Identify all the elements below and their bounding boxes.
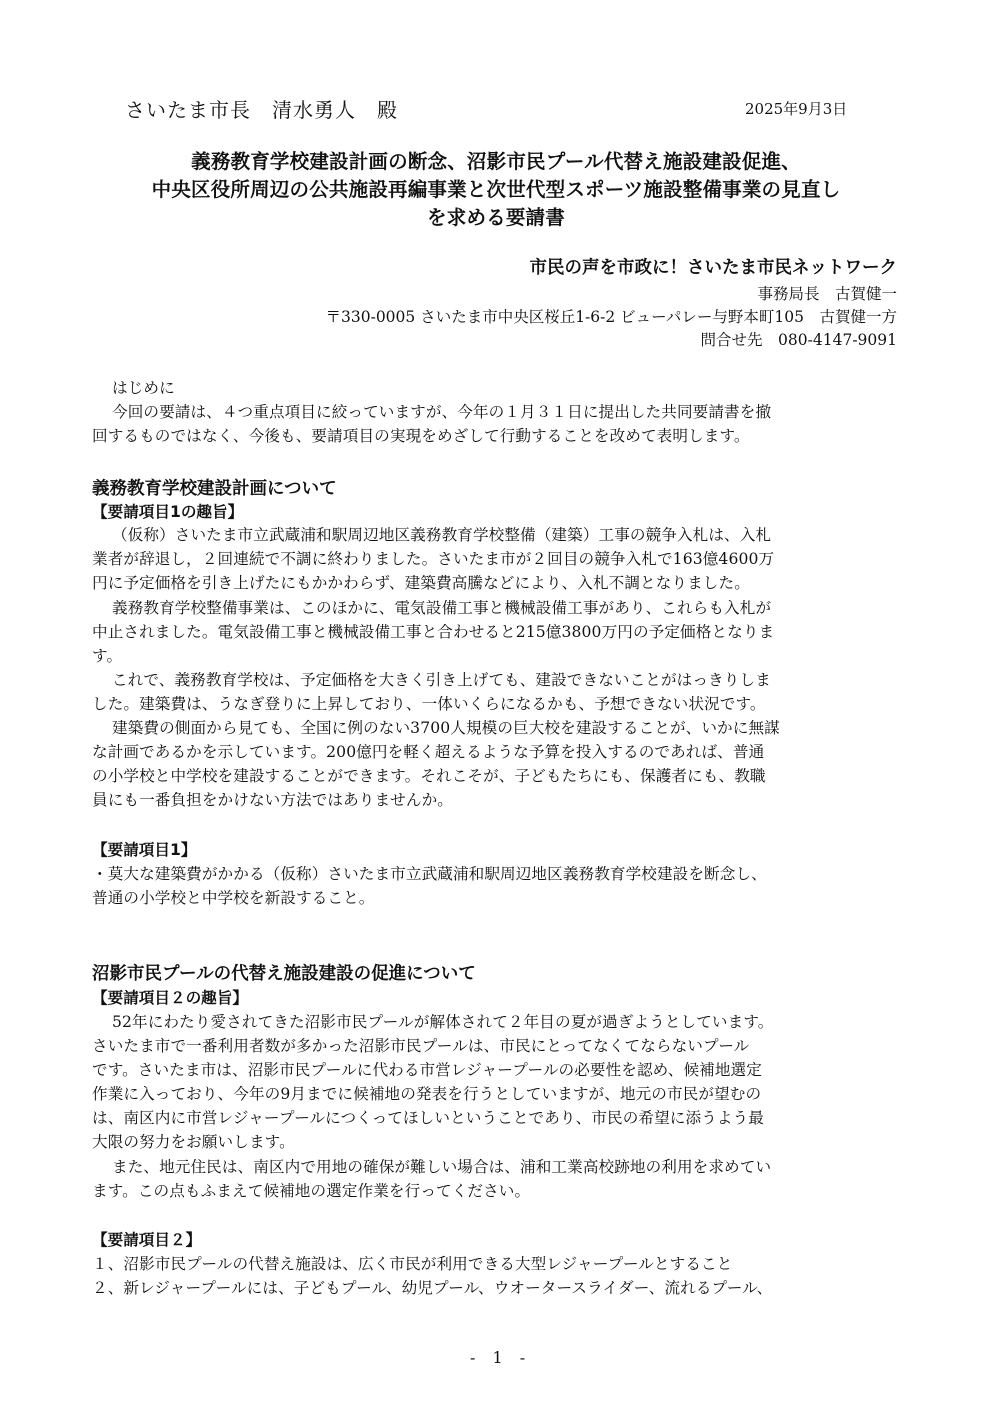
section1-request-line: ・莫大な建築費がかかる（仮称）さいたま市立武蔵浦和駅周辺地区義務教育学校建設を断… bbox=[92, 862, 767, 884]
intro-line: 回するものではなく、今後も、要請項目の実現をめざして行動することを改めて表明しま… bbox=[92, 424, 750, 446]
section1-line: 義務教育学校整備事業は、このほかに、電気設備工事と機械設備工事があり、これらも入… bbox=[112, 596, 771, 618]
section1-line: （仮称）さいたま市立武蔵浦和駅周辺地区義務教育学校整備（建築）工事の競争入札は、… bbox=[112, 523, 771, 545]
section2-request-label: 【要請項目２】 bbox=[92, 1228, 201, 1250]
section2-line: です。さいたま市は、沼影市民プールに代わる市営レジャープールの必要性を認め、候補… bbox=[92, 1058, 762, 1080]
document-title-line-3: を求める要請書 bbox=[80, 202, 912, 230]
section2-request-line: ２、新レジャープールには、子どもプール、幼児プール、ウオータースライダー、流れる… bbox=[92, 1276, 772, 1298]
intro-line: 今回の要請は、４つ重点項目に絞っていますが、今年の１月３１日に提出した共同要請書… bbox=[112, 400, 771, 422]
section2-line: 大限の努力をお願いします。 bbox=[92, 1130, 295, 1152]
document-date: 2025年9月3日 bbox=[745, 98, 847, 119]
section1-line: の小学校と中学校を建設することができます。それこそが、子どもたちにも、保護者にも… bbox=[92, 764, 766, 786]
sender-address: 〒330-0005 さいたま市中央区桜丘1-6-2 ビューパレー与野本町105 … bbox=[326, 305, 898, 327]
section1-line: 中止されました。電気設備工事と機械設備工事と合わせると215億3800万円の予定… bbox=[92, 620, 774, 642]
page-number: - 1 - bbox=[470, 1348, 531, 1367]
section2-line: さいたま市で一番利用者数が多かった沼影市民プールは、市民にとってなくてならないプ… bbox=[92, 1034, 749, 1056]
section2-line: は、南区内に市営レジャープールにつくってほしいということであり、市民の希望に添う… bbox=[92, 1106, 764, 1128]
section1-heading: 義務教育学校建設計画について bbox=[92, 475, 337, 500]
section2-request-line: １、沼影市民プールの代替え施設は、広く市民が利用できる大型レジャープールとするこ… bbox=[92, 1252, 732, 1274]
sender-position-name: 事務局長 古賀健一 bbox=[757, 282, 897, 304]
section1-line: す。 bbox=[92, 644, 122, 666]
section2-heading: 沼影市民プールの代替え施設建設の促進について bbox=[92, 960, 476, 985]
sender-contact: 問合せ先 080-4147-9091 bbox=[701, 328, 897, 350]
section1-line: 円に予定価格を引き上げたにもかかわらず、建築費高騰などにより、入札不調となりまし… bbox=[92, 571, 750, 593]
section2-purpose-label: 【要請項目２の趣旨】 bbox=[92, 986, 248, 1008]
section2-line: 52年にわたり愛されてきた沼影市民プールが解体されて２年目の夏が過ぎようとしてい… bbox=[112, 1010, 773, 1032]
section2-line: ます。この点もふまえて候補地の選定作業を行ってください。 bbox=[92, 1179, 530, 1201]
section1-line: これで、義務教育学校は、予定価格を大きく引き上げても、建設できないことがはっきり… bbox=[112, 668, 771, 690]
section1-line: な計画であるかを示しています。200億円を軽く超えるような予算を投入するのであれ… bbox=[92, 740, 764, 762]
document-title-line-2: 中央区役所周辺の公共施設再編事業と次世代型スポーツ施設整備事業の見直し bbox=[80, 174, 912, 202]
section1-line: 建築費の側面から見ても、全国に例のない3700人規模の巨大校を建設することが、い… bbox=[112, 716, 780, 738]
section2-line: 作業に入っており、今年の9月までに候補地の発表を行うとしていますが、地元の市民が… bbox=[92, 1082, 761, 1104]
section1-request-label: 【要請項目1】 bbox=[92, 838, 196, 860]
document-title-line-1: 義務教育学校建設計画の断念、沼影市民プール代替え施設建設促進、 bbox=[80, 146, 912, 174]
section1-line: 員にも一番負担をかけない方法ではありませんか。 bbox=[92, 788, 453, 810]
section2-line: また、地元住民は、南区内で用地の確保が難しい場合は、浦和工業高校跡地の利用を求め… bbox=[112, 1155, 771, 1177]
section1-line: した。建築費は、うなぎ登りに上昇しており、一体いくらになるかも、予想できない状況… bbox=[92, 692, 766, 714]
sender-organization: 市民の声を市政に！さいたま市民ネットワーク bbox=[530, 254, 898, 279]
section1-line: 業者が辞退し，２回連続で不調に終わりました。さいたま市が２回目の競争入札で163… bbox=[92, 547, 774, 569]
addressee: さいたま市長 清水勇人 殿 bbox=[125, 94, 398, 123]
section1-purpose-label: 【要請項目1の趣旨】 bbox=[92, 500, 243, 522]
intro-heading: はじめに bbox=[112, 376, 175, 398]
section1-request-line: 普通の小学校と中学校を新設すること。 bbox=[92, 886, 375, 908]
